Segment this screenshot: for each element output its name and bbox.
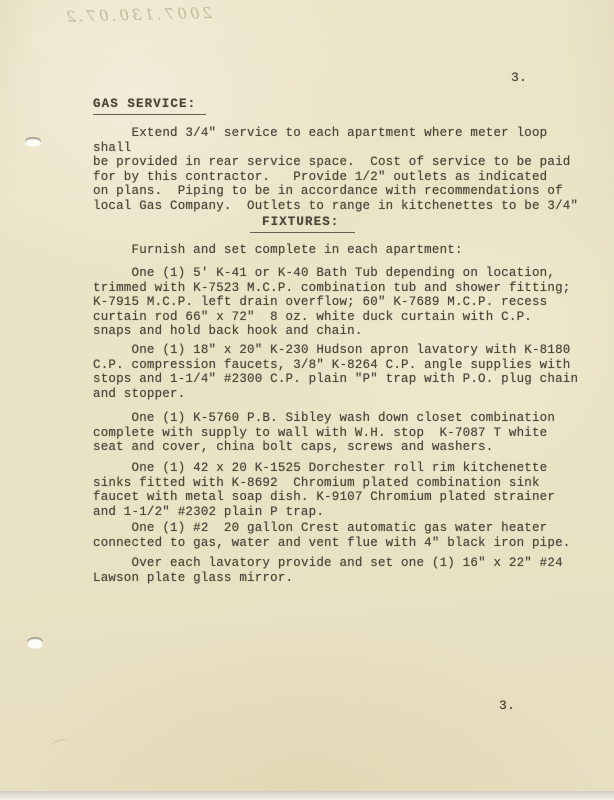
document-page: 2007.130.07.2 3. GAS SERVICE: Extend 3/4… bbox=[0, 0, 614, 791]
fixture-item-lavatory: One (1) 18" x 20" K-230 Hudson apron lav… bbox=[93, 343, 593, 401]
fixtures-heading: FIXTURES: bbox=[250, 215, 355, 233]
fixture-item-mirror: Over each lavatory provide and set one (… bbox=[93, 556, 593, 585]
fixture-item-bathtub: One (1) 5' K-41 or K-40 Bath Tub dependi… bbox=[93, 266, 593, 339]
verso-pencil-stamp: 2007.130.07.2 bbox=[52, 4, 212, 26]
page-number-bottom: 3. bbox=[499, 699, 515, 714]
page-number-top: 3. bbox=[511, 71, 527, 86]
scan-edge-strip bbox=[0, 791, 614, 800]
gas-service-heading: GAS SERVICE: bbox=[93, 97, 206, 115]
gas-service-paragraph: Extend 3/4" service to each apartment wh… bbox=[93, 126, 593, 214]
punch-hole-bottom bbox=[27, 637, 43, 648]
fixtures-section-header: FIXTURES: bbox=[250, 215, 355, 233]
pencil-mark bbox=[49, 738, 69, 752]
fixture-item-sink: One (1) 42 x 20 K-1525 Dorchester roll r… bbox=[93, 461, 593, 519]
punch-hole-top bbox=[25, 137, 41, 146]
fixture-item-water-heater: One (1) #2 20 gallon Crest automatic gas… bbox=[93, 521, 593, 550]
gas-service-section-header: GAS SERVICE: bbox=[93, 97, 206, 115]
fixture-item-closet: One (1) K-5760 P.B. Sibley wash down clo… bbox=[93, 411, 593, 455]
fixtures-intro-line: Furnish and set complete in each apartme… bbox=[93, 243, 593, 258]
